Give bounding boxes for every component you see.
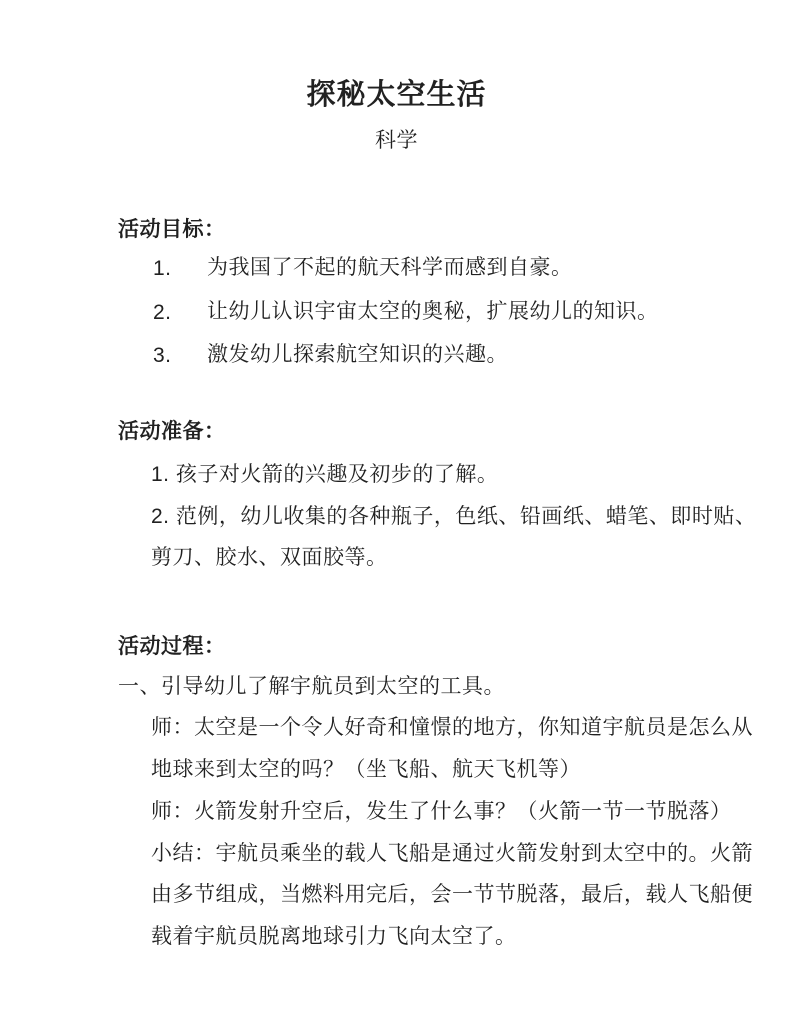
goal-item-number: 1. bbox=[153, 257, 172, 281]
preparation-line: 1. 孩子对火箭的兴趣及初步的了解。 bbox=[151, 463, 498, 487]
page-subtitle: 科学 bbox=[0, 129, 793, 153]
process-line: 师：火箭发射升空后，发生了什么事？（火箭一节一节脱落） bbox=[151, 800, 732, 824]
process-intro-line: 一、引导幼儿了解宇航员到太空的工具。 bbox=[118, 675, 505, 699]
process-line: 由多节组成，当燃料用完后，会一节节脱落，最后，载人飞船便 bbox=[151, 883, 753, 907]
section-heading-goals: 活动目标： bbox=[118, 218, 226, 242]
process-line: 载着宇航员脱离地球引力飞向太空了。 bbox=[151, 925, 517, 949]
preparation-line: 剪刀、胶水、双面胶等。 bbox=[151, 546, 388, 570]
preparation-line: 2. 范例，幼儿收集的各种瓶子，色纸、铅画纸、蜡笔、即时贴、 bbox=[151, 505, 756, 529]
document-page: 探秘太空生活 科学 活动目标： 1. 为我国了不起的航天科学而感到自豪。 2. … bbox=[0, 0, 793, 1024]
goal-item-text: 让幼儿认识宇宙太空的奥秘，扩展幼儿的知识。 bbox=[207, 300, 659, 324]
goal-item-number: 2. bbox=[153, 301, 172, 325]
process-line: 师：太空是一个令人好奇和憧憬的地方，你知道宇航员是怎么从 bbox=[151, 716, 753, 740]
goal-item-text: 激发幼儿探索航空知识的兴趣。 bbox=[207, 343, 508, 367]
process-line: 小结：宇航员乘坐的载人飞船是通过火箭发射到太空中的。火箭 bbox=[151, 842, 753, 866]
page-title: 探秘太空生活 bbox=[0, 79, 793, 112]
section-heading-preparation: 活动准备： bbox=[118, 420, 226, 444]
goal-item-number: 3. bbox=[153, 344, 172, 368]
section-heading-process: 活动过程： bbox=[118, 635, 226, 659]
process-line: 地球来到太空的吗？（坐飞船、航天飞机等） bbox=[151, 758, 581, 782]
goal-item-text: 为我国了不起的航天科学而感到自豪。 bbox=[207, 256, 573, 280]
